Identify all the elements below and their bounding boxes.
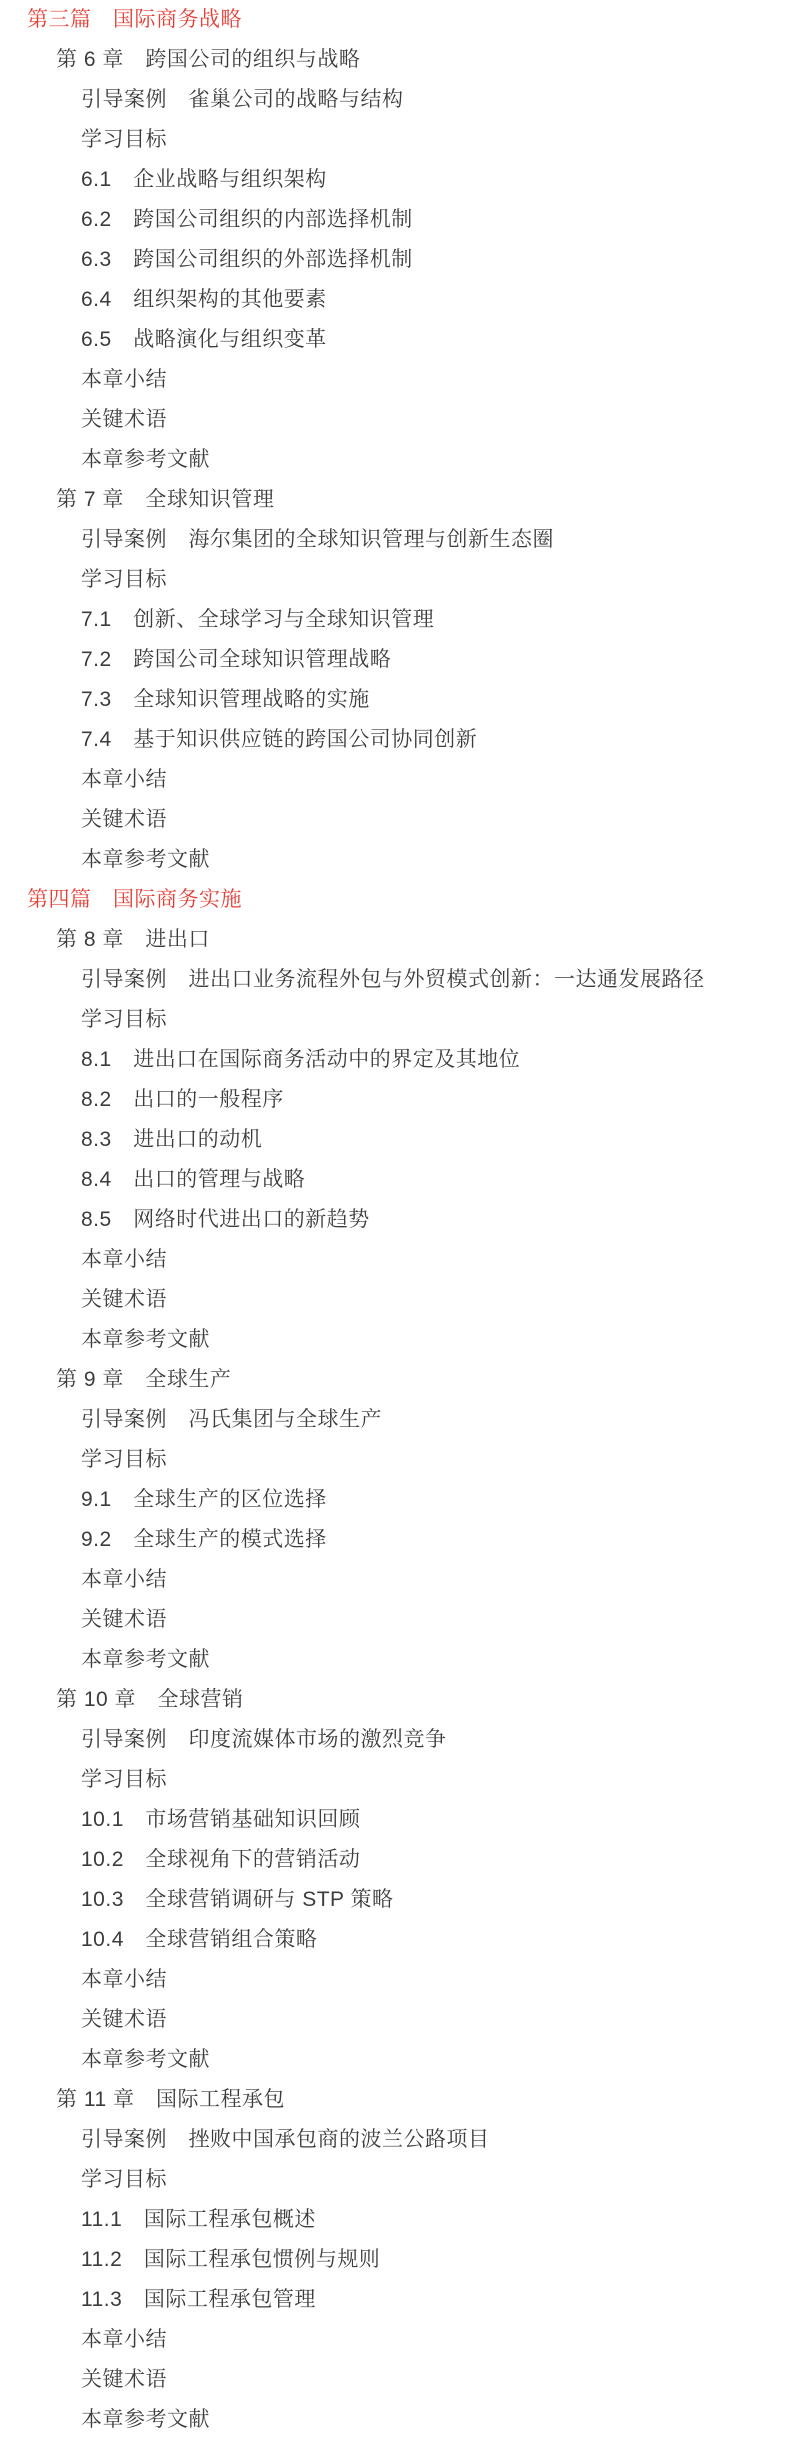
toc-entry: 关键术语 [0, 2360, 790, 2400]
toc-entry: 11.3 国际工程承包管理 [0, 2280, 790, 2320]
toc-entry: 10.2 全球视角下的营销活动 [0, 1840, 790, 1880]
toc-entry: 本章小结 [0, 760, 790, 800]
toc-page: 第三篇 国际商务战略第 6 章 跨国公司的组织与战略引导案例 雀巢公司的战略与结… [0, 0, 790, 2440]
toc-entry: 本章参考文献 [0, 2040, 790, 2080]
toc-entry: 7.3 全球知识管理战略的实施 [0, 680, 790, 720]
toc-entry: 关键术语 [0, 2000, 790, 2040]
toc-entry: 本章参考文献 [0, 840, 790, 880]
toc-entry: 引导案例 进出口业务流程外包与外贸模式创新：一达通发展路径 [0, 960, 790, 1000]
toc-entry: 8.5 网络时代进出口的新趋势 [0, 1200, 790, 1240]
toc-entry: 6.3 跨国公司组织的外部选择机制 [0, 240, 790, 280]
toc-entry: 关键术语 [0, 1280, 790, 1320]
toc-entry: 引导案例 冯氏集团与全球生产 [0, 1400, 790, 1440]
toc-entry: 8.3 进出口的动机 [0, 1120, 790, 1160]
toc-entry: 关键术语 [0, 1600, 790, 1640]
part-heading: 第四篇 国际商务实施 [0, 880, 790, 920]
toc-entry: 本章小结 [0, 2320, 790, 2360]
toc-entry: 7.4 基于知识供应链的跨国公司协同创新 [0, 720, 790, 760]
toc-entry: 引导案例 挫败中国承包商的波兰公路项目 [0, 2120, 790, 2160]
toc-entry: 9.2 全球生产的模式选择 [0, 1520, 790, 1560]
toc-entry: 6.4 组织架构的其他要素 [0, 280, 790, 320]
toc-entry: 学习目标 [0, 2160, 790, 2200]
chapter-heading: 第 8 章 进出口 [0, 920, 790, 960]
toc-entry: 本章小结 [0, 1240, 790, 1280]
toc-entry: 关键术语 [0, 800, 790, 840]
toc-entry: 8.4 出口的管理与战略 [0, 1160, 790, 1200]
toc-entry: 关键术语 [0, 400, 790, 440]
toc-entry: 7.2 跨国公司全球知识管理战略 [0, 640, 790, 680]
toc-entry: 引导案例 海尔集团的全球知识管理与创新生态圈 [0, 520, 790, 560]
toc-entry: 本章小结 [0, 360, 790, 400]
toc-entry: 10.3 全球营销调研与 STP 策略 [0, 1880, 790, 1920]
toc-entry: 10.4 全球营销组合策略 [0, 1920, 790, 1960]
part-heading: 第三篇 国际商务战略 [0, 0, 790, 40]
toc-entry: 学习目标 [0, 120, 790, 160]
toc-entry: 11.2 国际工程承包惯例与规则 [0, 2240, 790, 2280]
chapter-heading: 第 6 章 跨国公司的组织与战略 [0, 40, 790, 80]
toc-entry: 本章小结 [0, 1960, 790, 2000]
toc-entry: 6.5 战略演化与组织变革 [0, 320, 790, 360]
toc-entry: 本章参考文献 [0, 2400, 790, 2440]
table-of-contents: 第三篇 国际商务战略第 6 章 跨国公司的组织与战略引导案例 雀巢公司的战略与结… [0, 0, 790, 2440]
toc-entry: 11.1 国际工程承包概述 [0, 2200, 790, 2240]
chapter-heading: 第 7 章 全球知识管理 [0, 480, 790, 520]
toc-entry: 本章参考文献 [0, 440, 790, 480]
toc-entry: 10.1 市场营销基础知识回顾 [0, 1800, 790, 1840]
toc-entry: 本章参考文献 [0, 1320, 790, 1360]
toc-entry: 学习目标 [0, 1000, 790, 1040]
toc-entry: 引导案例 雀巢公司的战略与结构 [0, 80, 790, 120]
toc-entry: 引导案例 印度流媒体市场的激烈竞争 [0, 1720, 790, 1760]
toc-entry: 学习目标 [0, 560, 790, 600]
toc-entry: 学习目标 [0, 1440, 790, 1480]
toc-entry: 8.2 出口的一般程序 [0, 1080, 790, 1120]
toc-entry: 9.1 全球生产的区位选择 [0, 1480, 790, 1520]
toc-entry: 6.2 跨国公司组织的内部选择机制 [0, 200, 790, 240]
toc-entry: 学习目标 [0, 1760, 790, 1800]
toc-entry: 本章参考文献 [0, 1640, 790, 1680]
toc-entry: 8.1 进出口在国际商务活动中的界定及其地位 [0, 1040, 790, 1080]
toc-entry: 本章小结 [0, 1560, 790, 1600]
chapter-heading: 第 9 章 全球生产 [0, 1360, 790, 1400]
chapter-heading: 第 11 章 国际工程承包 [0, 2080, 790, 2120]
chapter-heading: 第 10 章 全球营销 [0, 1680, 790, 1720]
toc-entry: 7.1 创新、全球学习与全球知识管理 [0, 600, 790, 640]
toc-entry: 6.1 企业战略与组织架构 [0, 160, 790, 200]
